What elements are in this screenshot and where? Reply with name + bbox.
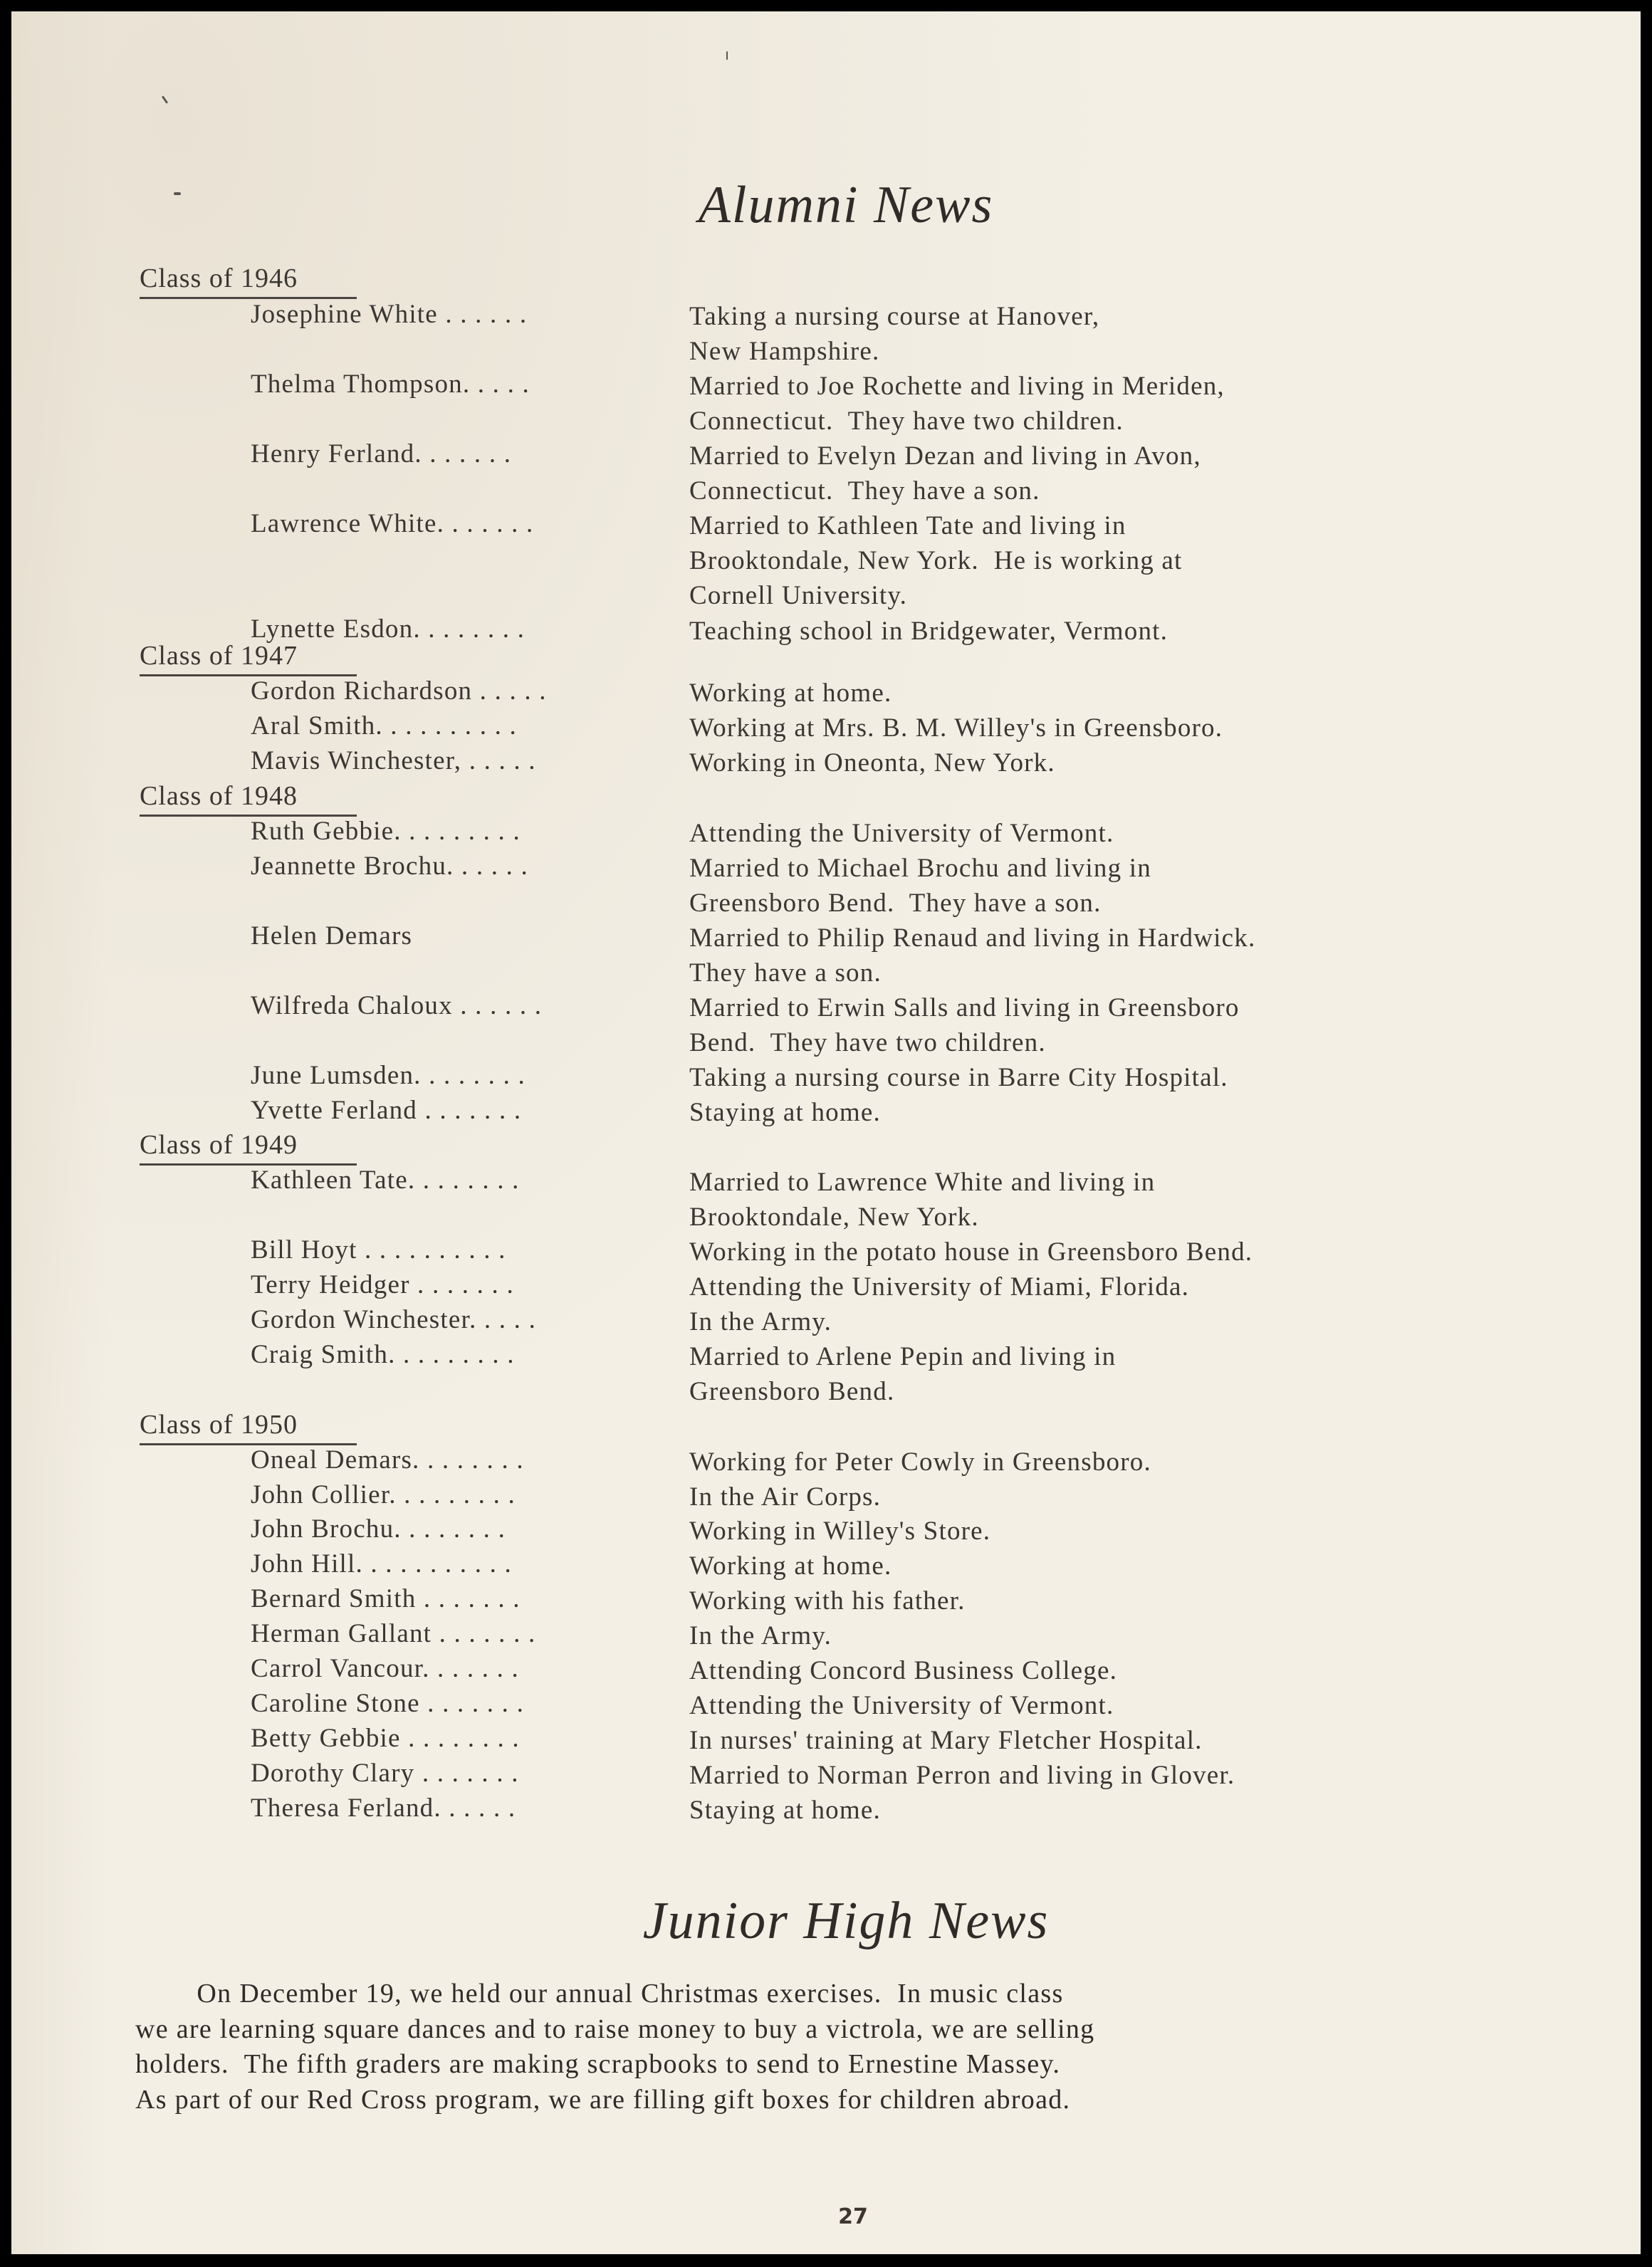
- alumni-name: Wilfreda Chaloux . . . . . .: [251, 990, 542, 1021]
- paper-speck: [162, 95, 168, 104]
- alumni-detail: Working at home.: [689, 676, 892, 711]
- alumni-name: Gordon Richardson . . . . .: [251, 676, 547, 706]
- alumni-name: Gordon Winchester. . . . .: [251, 1304, 536, 1335]
- alumni-name: Herman Gallant . . . . . . .: [251, 1618, 535, 1649]
- alumni-detail: Staying at home.: [689, 1793, 881, 1828]
- alumni-name: John Collier. . . . . . . . .: [251, 1480, 516, 1510]
- alumni-detail: Staying at home.: [689, 1095, 881, 1130]
- class-heading-1946: Class of 1946: [140, 263, 357, 299]
- alumni-detail: Taking a nursing course at Hanover,New H…: [689, 299, 1099, 369]
- class-heading-1949: Class of 1949: [140, 1129, 357, 1166]
- paragraph-line: holders. The fifth graders are making sc…: [135, 2047, 1474, 2083]
- alumni-name: June Lumsden. . . . . . . .: [251, 1060, 526, 1091]
- alumni-detail: In the Army.: [689, 1304, 832, 1339]
- paragraph-line: we are learning square dances and to rai…: [135, 2012, 1474, 2048]
- alumni-detail: In the Air Corps.: [689, 1480, 881, 1514]
- alumni-detail: Attending the University of Vermont.: [689, 1688, 1114, 1723]
- alumni-detail: In the Army.: [689, 1618, 832, 1653]
- alumni-name: Helen Demars: [251, 921, 412, 951]
- alumni-name: Bill Hoyt . . . . . . . . . .: [251, 1235, 506, 1265]
- alumni-name: Oneal Demars. . . . . . . .: [251, 1445, 524, 1475]
- alumni-detail: Taking a nursing course in Barre City Ho…: [689, 1060, 1228, 1095]
- junior-high-news-paragraph: On December 19, we held our annual Chris…: [135, 1977, 1474, 2117]
- alumni-detail: Working in the potato house in Greensbor…: [689, 1235, 1253, 1269]
- junior-high-news-title: Junior High News: [31, 1891, 1652, 1952]
- alumni-name: Yvette Ferland . . . . . . .: [251, 1095, 521, 1126]
- alumni-detail: Married to Norman Perron and living in G…: [689, 1758, 1235, 1793]
- alumni-name: Betty Gebbie . . . . . . . .: [251, 1723, 520, 1754]
- alumni-name: Henry Ferland. . . . . . .: [251, 439, 511, 469]
- alumni-detail: Working in Willey's Store.: [689, 1514, 990, 1549]
- paragraph-line: On December 19, we held our annual Chris…: [135, 1977, 1474, 2012]
- alumni-detail: Working with his father.: [689, 1583, 966, 1618]
- alumni-name: Thelma Thompson. . . . .: [251, 369, 530, 399]
- alumni-name: Carrol Vancour. . . . . . .: [251, 1653, 519, 1684]
- alumni-name: Lawrence White. . . . . . .: [251, 508, 533, 539]
- class-heading-1948: Class of 1948: [140, 780, 357, 817]
- alumni-detail: Married to Erwin Salls and living in Gre…: [689, 990, 1240, 1060]
- paragraph-line: As part of our Red Cross program, we are…: [135, 2083, 1474, 2118]
- alumni-news-title-text: Alumni News: [699, 176, 994, 234]
- alumni-name: Jeannette Brochu. . . . . .: [251, 851, 528, 881]
- alumni-name: Kathleen Tate. . . . . . . .: [251, 1165, 520, 1195]
- class-heading-1950: Class of 1950: [140, 1409, 357, 1445]
- alumni-name: Caroline Stone . . . . . . .: [251, 1688, 524, 1719]
- alumni-name: Mavis Winchester, . . . . .: [251, 745, 536, 776]
- alumni-name: Aral Smith. . . . . . . . . .: [251, 711, 517, 741]
- alumni-detail: Married to Evelyn Dezan and living in Av…: [689, 439, 1201, 508]
- alumni-name: Theresa Ferland. . . . . .: [251, 1793, 516, 1823]
- document-page: Alumni News Class of 1946 Josephine Whit…: [11, 11, 1641, 2254]
- class-heading-1947: Class of 1947: [140, 640, 357, 676]
- alumni-detail: Attending the University of Vermont.: [689, 816, 1114, 851]
- page-number: 27: [11, 2204, 1641, 2229]
- alumni-detail: Working at home.: [689, 1549, 892, 1583]
- alumni-detail: Married to Joe Rochette and living in Me…: [689, 369, 1225, 439]
- alumni-detail: Attending the University of Miami, Flori…: [689, 1269, 1189, 1304]
- alumni-detail: Teaching school in Bridgewater, Vermont.: [689, 614, 1168, 649]
- alumni-detail: Married to Lawrence White and living inB…: [689, 1165, 1155, 1235]
- alumni-name: John Hill. . . . . . . . . . .: [251, 1549, 512, 1579]
- alumni-detail: Married to Michael Brochu and living inG…: [689, 851, 1151, 921]
- alumni-detail: Married to Kathleen Tate and living inBr…: [689, 508, 1183, 613]
- alumni-news-title: Alumni News: [31, 175, 1652, 236]
- alumni-detail: Married to Arlene Pepin and living inGre…: [689, 1339, 1116, 1409]
- alumni-detail: Married to Philip Renaud and living in H…: [689, 921, 1255, 990]
- alumni-detail: Working at Mrs. B. M. Willey's in Greens…: [689, 711, 1223, 745]
- alumni-detail: Working in Oneonta, New York.: [689, 745, 1055, 780]
- junior-high-news-title-text: Junior High News: [643, 1892, 1050, 1950]
- alumni-name: Ruth Gebbie. . . . . . . . .: [251, 816, 521, 847]
- alumni-detail: Working for Peter Cowly in Greensboro.: [689, 1445, 1151, 1480]
- alumni-detail: In nurses' training at Mary Fletcher Hos…: [689, 1723, 1203, 1758]
- paper-speck: [726, 51, 728, 60]
- alumni-name: Terry Heidger . . . . . . .: [251, 1269, 514, 1300]
- alumni-name: Dorothy Clary . . . . . . .: [251, 1758, 519, 1789]
- alumni-name: Josephine White . . . . . .: [251, 299, 527, 330]
- alumni-detail: Attending Concord Business College.: [689, 1653, 1117, 1688]
- alumni-name: Bernard Smith . . . . . . .: [251, 1583, 521, 1614]
- alumni-name: John Brochu. . . . . . . .: [251, 1514, 506, 1544]
- alumni-name: Craig Smith. . . . . . . . .: [251, 1339, 515, 1370]
